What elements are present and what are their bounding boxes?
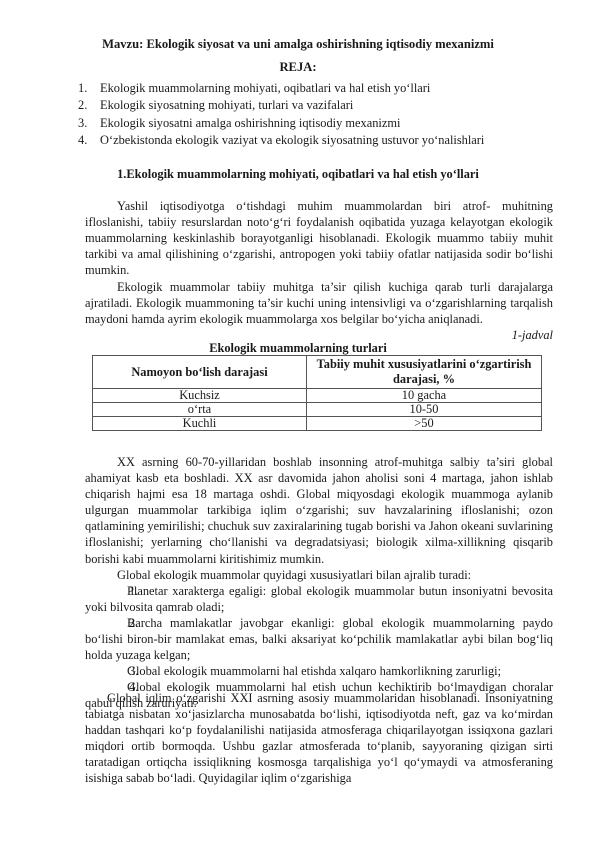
section-heading: 1.Ekologik muammolarning mohiyati, oqiba… [0,166,596,182]
table-cell: 10-50 [307,403,542,417]
feature-number: 2. [107,615,127,631]
feature-text: Global ekologik muammolarni hal etishda … [127,664,501,678]
table-row: Kuchli >50 [93,417,542,431]
plan-heading: REJA: [0,59,596,75]
feature-text: Barcha mamlakatlar javobgar ekanligi: gl… [85,616,553,662]
table-cell: 10 gacha [307,389,542,403]
table-header: Tabiiy muhit xususiyatlarini o‘zgartiris… [307,356,542,389]
document-title: Mavzu: Ekologik siyosat va uni amalga os… [0,36,596,52]
plan-item-number: 4. [78,132,100,149]
table-title: Ekologik muammolarning turlari [0,341,596,355]
paragraph-text: Global ekologik muammolar quyidagi xusus… [85,567,553,583]
paragraph-1: Yashil iqtisodiyotga o‘tishdagi muhim mu… [85,198,553,278]
table-cell: Kuchsiz [93,389,307,403]
paragraph-2: Ekologik muammolar tabiiy muhitga ta’sir… [85,279,553,327]
table-row: Kuchsiz 10 gacha [93,389,542,403]
paragraph-text: Yashil iqtisodiyotga o‘tishdagi muhim mu… [85,198,553,278]
feature-item: 3.Global ekologik muammolarni hal etishd… [85,663,553,679]
feature-number: 3. [107,663,127,679]
plan-item: 1.Ekologik muammolarning mohiyati, oqiba… [78,80,484,97]
plan-item-number: 3. [78,115,100,132]
table-cell: >50 [307,417,542,431]
plan-item: 2.Ekologik siyosatning mohiyati, turlari… [78,97,484,114]
plan-item-number: 1. [78,80,100,97]
document-page: Mavzu: Ekologik siyosat va uni amalga os… [0,0,596,842]
feature-item: 1.Planetar xarakterga egaligi: global ek… [85,583,553,615]
problems-table: Namoyon bo‘lish darajasi Tabiiy muhit xu… [92,355,542,431]
plan-item-text: O‘zbekistonda ekologik vaziyat va ekolog… [100,132,484,149]
paragraph-text: XX asrning 60-70-yillaridan boshlab inso… [85,454,553,567]
paragraph-text: Global iqlim o‘zgarishi XXI asrning asos… [85,690,553,787]
plan-item: 4.O‘zbekistonda ekologik vaziyat va ekol… [78,132,484,149]
paragraph-5: Global iqlim o‘zgarishi XXI asrning asos… [85,690,553,787]
paragraph-3: XX asrning 60-70-yillaridan boshlab inso… [85,454,553,712]
table-header-row: Namoyon bo‘lish darajasi Tabiiy muhit xu… [93,356,542,389]
plan-item-number: 2. [78,97,100,114]
plan-item-text: Ekologik siyosatni amalga oshirishning i… [100,115,400,132]
feature-item: 2.Barcha mamlakatlar javobgar ekanligi: … [85,615,553,663]
plan-item-text: Ekologik muammolarning mohiyati, oqibatl… [100,80,430,97]
table-cell: o‘rta [93,403,307,417]
feature-text: Planetar xarakterga egaligi: global ekol… [85,584,553,614]
plan-item-text: Ekologik siyosatning mohiyati, turlari v… [100,97,353,114]
table-cell: Kuchli [93,417,307,431]
feature-number: 1. [107,583,127,599]
table-header: Namoyon bo‘lish darajasi [93,356,307,389]
plan-list: 1.Ekologik muammolarning mohiyati, oqiba… [78,80,484,149]
plan-item: 3.Ekologik siyosatni amalga oshirishning… [78,115,484,132]
table-row: o‘rta 10-50 [93,403,542,417]
paragraph-text: Ekologik muammolar tabiiy muhitga ta’sir… [85,279,553,327]
